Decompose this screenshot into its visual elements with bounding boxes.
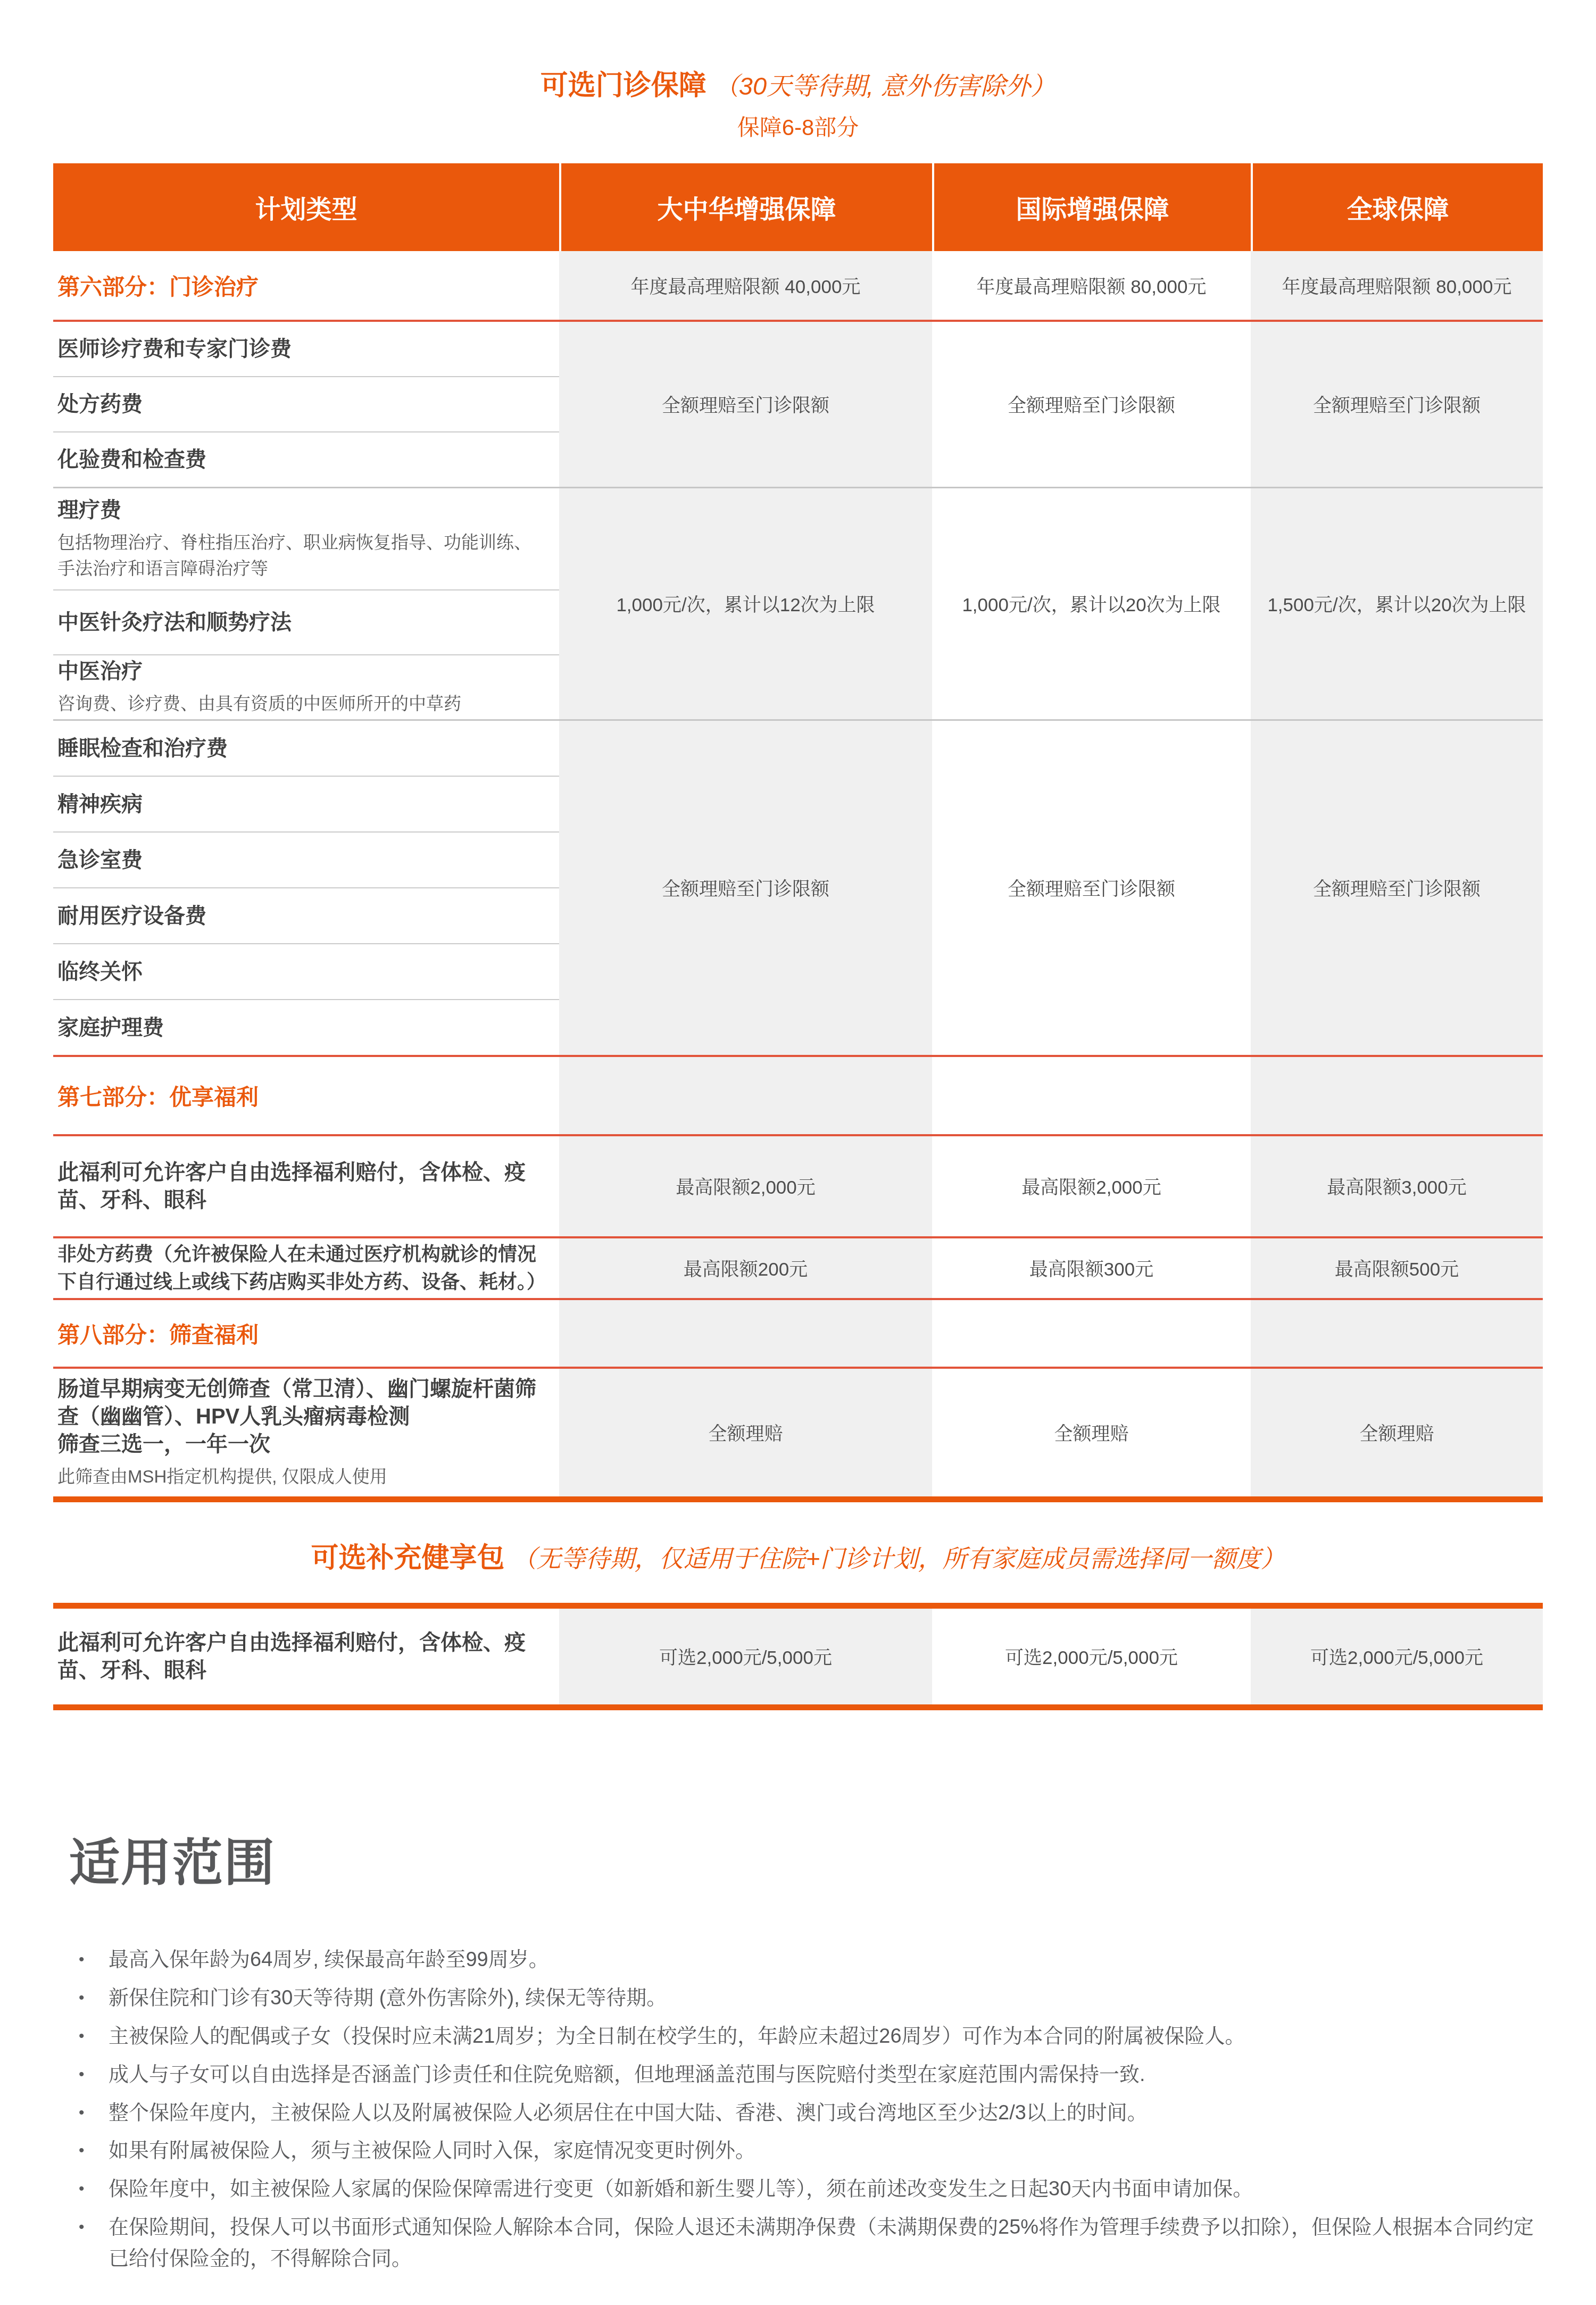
- row-sleep-exam-fee: 睡眠检查和治疗费: [53, 721, 559, 777]
- benefits-table: 计划类型 大中华增强保障 国际增强保障 全球保障 第六部分：门诊治疗 年度最高理…: [53, 163, 1543, 1502]
- scope-bullet-list: • 最高入保年龄为64周岁, 续保最高年龄至99周岁。 • 新保住院和门诊有30…: [69, 1944, 1543, 2275]
- groupA-rows: 医师诊疗费和专家门诊费 处方药费 化验费和检查费 全额理赔至门诊限额 全额理赔至…: [53, 322, 1543, 487]
- outpatient-title: 可选门诊保障: [541, 70, 706, 101]
- supplement-value-worldwide: 可选2,000元/5,000元: [1251, 1609, 1543, 1704]
- row-physiotherapy-fee: 理疗费 包括物理治疗、脊柱指压治疗、职业病恢复指导、功能训练、手法治疗和语言障碍…: [53, 488, 559, 590]
- part7-row: 第七部分：优享福利: [53, 1057, 1543, 1134]
- bullet-dot-icon: •: [69, 2098, 109, 2129]
- screening-label: 肠道早期病变无创筛查（常卫清）、幽门螺旋杆菌筛查（幽幽管）、HPV人乳头瘤病毒检…: [57, 1375, 543, 1430]
- scope-bullet-2: • 新保住院和门诊有30天等待期 (意外伤害除外), 续保无等待期。: [69, 1983, 1543, 2014]
- supplement-section-title-block: 可选补充健享包（无等待期，仅适用于住院+门诊计划，所有家庭成员需选择同一额度）: [0, 1502, 1596, 1575]
- part7-header-label: 第七部分：优享福利: [57, 1080, 543, 1112]
- table2-top-border: [53, 1603, 1543, 1609]
- otc-value-greater-china: 最高限额200元: [559, 1238, 932, 1298]
- screening-label-cell: 肠道早期病变无创筛查（常卫清）、幽门螺旋杆菌筛查（幽幽管）、HPV人乳头瘤病毒检…: [53, 1369, 559, 1496]
- screening-value-international: 全额理赔: [932, 1369, 1251, 1496]
- part7-header-cell: 第七部分：优享福利: [53, 1057, 559, 1134]
- part7-empty-worldwide: [1251, 1057, 1543, 1134]
- screening-benefit-row: 肠道早期病变无创筛查（常卫清）、幽门螺旋杆菌筛查（幽幽管）、HPV人乳头瘤病毒检…: [53, 1369, 1543, 1496]
- table2-bottom-border: [53, 1704, 1543, 1710]
- groupC-value-greater-china: 全额理赔至门诊限额: [559, 721, 932, 1055]
- groupB-value-worldwide: 1,500元/次，累计以20次为上限: [1251, 488, 1543, 719]
- row-acupuncture-homeopathy: 中医针灸疗法和顺势疗法: [53, 590, 559, 655]
- groupB-value-greater-china: 1,000元/次，累计以12次为上限: [559, 488, 932, 719]
- supplement-value-greater-china: 可选2,000元/5,000元: [559, 1609, 932, 1704]
- insurance-benefits-page: { "section1": { "title": "可选门诊保障", "titl…: [0, 0, 1596, 2305]
- header-cell-plan-type: 计划类型: [53, 163, 559, 251]
- otc-drug-row: 非处方药费（允许被保险人在未通过医疗机构就诊的情况下自行通过线上或线下药店购买非…: [53, 1238, 1543, 1298]
- groupB-value-international: 1,000元/次，累计以20次为上限: [932, 488, 1251, 719]
- supplement-benefit-row: 此福利可允许客户自由选择福利赔付，含体检、疫苗、牙科、眼科 可选2,000元/5…: [53, 1609, 1543, 1704]
- bullet-dot-icon: •: [69, 2212, 109, 2275]
- row-hospice-care: 临终关怀: [53, 944, 559, 1000]
- groupC-value-international: 全额理赔至门诊限额: [932, 721, 1251, 1055]
- row-durable-medical-equipment: 耐用医疗设备费: [53, 888, 559, 944]
- part6-header-cell: 第六部分：门诊治疗: [53, 251, 559, 320]
- groupA-value-worldwide: 全额理赔至门诊限额: [1251, 322, 1543, 487]
- part8-empty-greater-china: [559, 1300, 932, 1367]
- table1-bottom-border: [53, 1496, 1543, 1502]
- screening-value-greater-china: 全额理赔: [559, 1369, 932, 1496]
- header-cell-worldwide: 全球保障: [1251, 163, 1543, 251]
- row-prescription-fee: 处方药费: [53, 377, 559, 432]
- part6-value-worldwide: 年度最高理赔限额 80,000元: [1251, 251, 1543, 320]
- groupC-value-worldwide: 全额理赔至门诊限额: [1251, 721, 1543, 1055]
- supplement-value-international: 可选2,000元/5,000元: [932, 1609, 1251, 1704]
- part6-header-label: 第六部分：门诊治疗: [57, 270, 543, 302]
- groupB-label-column: 理疗费 包括物理治疗、脊柱指压治疗、职业病恢复指导、功能训练、手法治疗和语言障碍…: [53, 488, 559, 719]
- scope-bullet-4: • 成人与子女可以自由选择是否涵盖门诊责任和住院免赔额，但地理涵盖范围与医院赔付…: [69, 2059, 1543, 2091]
- part6-row: 第六部分：门诊治疗 年度最高理赔限额 40,000元 年度最高理赔限额 80,0…: [53, 251, 1543, 320]
- row-lab-exam-fee: 化验费和检查费: [53, 432, 559, 487]
- part8-empty-international: [932, 1300, 1251, 1367]
- groupC-label-column: 睡眠检查和治疗费 精神疾病 急诊室费 耐用医疗设备费 临终关怀 家庭护理费: [53, 721, 559, 1055]
- bullet-dot-icon: •: [69, 2059, 109, 2091]
- scope-bullet-6: • 如果有附属被保险人，须与主被保险人同时入保，家庭情况变更时例外。: [69, 2135, 1543, 2167]
- supplement-title-line: 可选补充健享包（无等待期，仅适用于住院+门诊计划，所有家庭成员需选择同一额度）: [0, 1535, 1596, 1575]
- scope-heading: 适用范围: [69, 1823, 1543, 1895]
- supplement-title: 可选补充健享包: [311, 1543, 505, 1574]
- part8-header-label: 第八部分：筛查福利: [57, 1318, 543, 1350]
- row-tcm-treatment: 中医治疗 咨询费、诊疗费、由具有资质的中医师所开的中草药: [53, 655, 559, 719]
- part7-empty-greater-china: [559, 1057, 932, 1134]
- groupB-rows: 理疗费 包括物理治疗、脊柱指压治疗、职业病恢复指导、功能训练、手法治疗和语言障碍…: [53, 488, 1543, 719]
- part8-empty-worldwide: [1251, 1300, 1543, 1367]
- outpatient-subtitle: 保障6-8部分: [0, 110, 1596, 142]
- wellness-value-worldwide: 最高限额3,000元: [1251, 1136, 1543, 1236]
- supplement-table: 此福利可允许客户自由选择福利赔付，含体检、疫苗、牙科、眼科 可选2,000元/5…: [53, 1603, 1543, 1710]
- row-tcm-sub: 咨询费、诊疗费、由具有资质的中医师所开的中草药: [57, 690, 543, 717]
- otc-value-international: 最高限额300元: [932, 1238, 1251, 1298]
- wellness-benefit-label-cell: 此福利可允许客户自由选择福利赔付，含体检、疫苗、牙科、眼科: [53, 1136, 559, 1236]
- header-cell-greater-china: 大中华增强保障: [559, 163, 932, 251]
- part7-empty-international: [932, 1057, 1251, 1134]
- otc-value-worldwide: 最高限额500元: [1251, 1238, 1543, 1298]
- supplement-title-note: （无等待期，仅适用于住院+门诊计划，所有家庭成员需选择同一额度）: [512, 1545, 1285, 1572]
- part6-value-international: 年度最高理赔限额 80,000元: [932, 251, 1251, 320]
- scope-bullet-8: • 在保险期间，投保人可以书面形式通知保险人解除本合同，保险人退还未满期净保费（…: [69, 2212, 1543, 2275]
- wellness-value-international: 最高限额2,000元: [932, 1136, 1251, 1236]
- screening-sub: 此筛查由MSH指定机构提供, 仅限成人使用: [57, 1463, 543, 1490]
- part6-value-greater-china: 年度最高理赔限额 40,000元: [559, 251, 932, 320]
- benefits-table-header-row: 计划类型 大中华增强保障 国际增强保障 全球保障: [53, 163, 1543, 251]
- bullet-dot-icon: •: [69, 2174, 109, 2205]
- groupA-value-international: 全额理赔至门诊限额: [932, 322, 1251, 487]
- scope-bullet-1: • 最高入保年龄为64周岁, 续保最高年龄至99周岁。: [69, 1944, 1543, 1976]
- header-cell-international: 国际增强保障: [932, 163, 1251, 251]
- wellness-value-greater-china: 最高限额2,000元: [559, 1136, 932, 1236]
- scope-bullet-3: • 主被保险人的配偶或子女（投保时应未满21周岁；为全日制在校学生的，年龄应未超…: [69, 2021, 1543, 2052]
- outpatient-title-note: （30天等待期, 意外伤害除外）: [714, 72, 1055, 100]
- part8-row: 第八部分：筛查福利: [53, 1300, 1543, 1367]
- groupA-label-column: 医师诊疗费和专家门诊费 处方药费 化验费和检查费: [53, 322, 559, 487]
- outpatient-title-line: 可选门诊保障（30天等待期, 意外伤害除外）: [0, 63, 1596, 103]
- scope-section: 适用范围 • 最高入保年龄为64周岁, 续保最高年龄至99周岁。 • 新保住院和…: [69, 1823, 1543, 2275]
- part8-header-cell: 第八部分：筛查福利: [53, 1300, 559, 1367]
- bullet-dot-icon: •: [69, 1983, 109, 2014]
- wellness-benefit-row: 此福利可允许客户自由选择福利赔付，含体检、疫苗、牙科、眼科 最高限额2,000元…: [53, 1136, 1543, 1236]
- bullet-dot-icon: •: [69, 2135, 109, 2167]
- screening-value-worldwide: 全额理赔: [1251, 1369, 1543, 1496]
- bullet-dot-icon: •: [69, 1944, 109, 1976]
- scope-bullet-7: • 保险年度中，如主被保险人家属的保险保障需进行变更（如新婚和新生婴儿等），须在…: [69, 2174, 1543, 2205]
- scope-bullet-5: • 整个保险年度内，主被保险人以及附属被保险人必须居住在中国大陆、香港、澳门或台…: [69, 2098, 1543, 2129]
- row-emergency-room-fee: 急诊室费: [53, 833, 559, 888]
- row-mental-illness: 精神疾病: [53, 777, 559, 833]
- groupC-rows: 睡眠检查和治疗费 精神疾病 急诊室费 耐用医疗设备费 临终关怀 家庭护理费 全额…: [53, 721, 1543, 1055]
- row-physiotherapy-sub: 包括物理治疗、脊柱指压治疗、职业病恢复指导、功能训练、手法治疗和语言障碍治疗等: [57, 529, 543, 582]
- outpatient-section-title-block: 可选门诊保障（30天等待期, 意外伤害除外） 保障6-8部分: [0, 0, 1596, 142]
- row-doctor-specialist-fee: 医师诊疗费和专家门诊费: [53, 322, 559, 377]
- otc-drug-label-cell: 非处方药费（允许被保险人在未通过医疗机构就诊的情况下自行通过线上或线下药店购买非…: [53, 1238, 559, 1298]
- supplement-label-cell: 此福利可允许客户自由选择福利赔付，含体检、疫苗、牙科、眼科: [53, 1609, 559, 1704]
- groupA-value-greater-china: 全额理赔至门诊限额: [559, 322, 932, 487]
- bullet-dot-icon: •: [69, 2021, 109, 2052]
- row-home-nursing-fee: 家庭护理费: [53, 1000, 559, 1055]
- screening-label-line2: 筛查三选一，一年一次: [57, 1430, 543, 1458]
